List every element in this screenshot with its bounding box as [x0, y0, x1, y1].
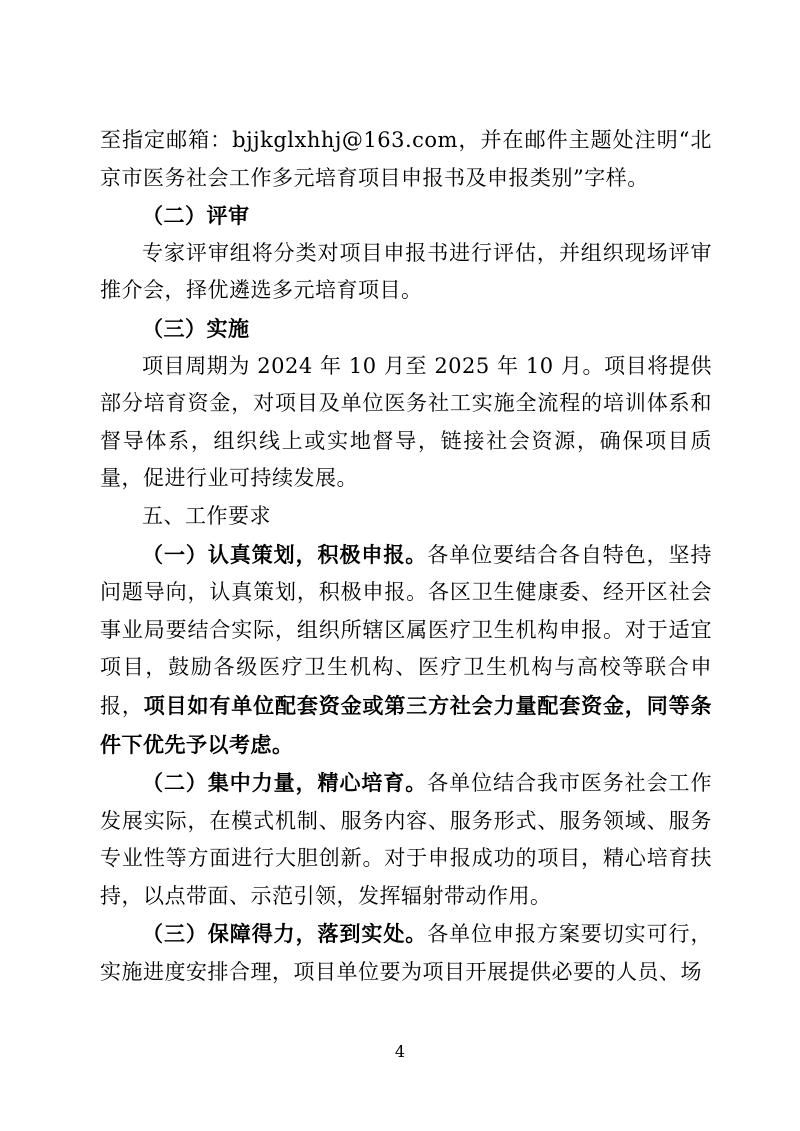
heading-review: （二）评审 — [100, 197, 712, 235]
paragraph-requirement-3: （三）保障得力，落到实处。各单位申报方案要切实可行，实施进度安排合理，项目单位要… — [100, 915, 712, 991]
paragraph-email-instruction: 至指定邮箱：bjjkglxhhj@163.com，并在邮件主题处注明“北京市医务… — [100, 122, 712, 197]
paragraph-review: 专家评审组将分类对项目申报书进行评估，并组织现场评审推介会，择优遴选多元培育项目… — [100, 235, 712, 310]
requirement-1-lead: （一）认真策划，积极申报。 — [142, 542, 427, 567]
requirement-1-body: 各单位要结合各自特色，坚持问题导向，认真策划，积极申报。各区卫生健康委、经开区社… — [100, 543, 712, 718]
page-content: 至指定邮箱：bjjkglxhhj@163.com，并在邮件主题处注明“北京市医务… — [100, 122, 712, 992]
paragraph-requirement-1: （一）认真策划，积极申报。各单位要结合各自特色，坚持问题导向，认真策划，积极申报… — [100, 536, 712, 765]
page-number: 4 — [0, 1042, 800, 1062]
paragraph-implementation: 项目周期为 2024 年 10 月至 2025 年 10 月。项目将提供部分培育… — [100, 348, 712, 498]
heading-work-requirements: 五、工作要求 — [100, 498, 712, 536]
requirement-2-lead: （二）集中力量，精心培育。 — [142, 770, 427, 795]
paragraph-requirement-2: （二）集中力量，精心培育。各单位结合我市医务社会工作发展实际，在模式机制、服务内… — [100, 764, 712, 915]
heading-implementation: （三）实施 — [100, 310, 712, 348]
document-page: 至指定邮箱：bjjkglxhhj@163.com，并在邮件主题处注明“北京市医务… — [0, 0, 800, 1131]
requirement-3-lead: （三）保障得力，落到实处。 — [142, 921, 427, 946]
requirement-1-emphasis: 项目如有单位配套资金或第三方社会力量配套资金，同等条件下优先予以考虑。 — [100, 693, 712, 757]
